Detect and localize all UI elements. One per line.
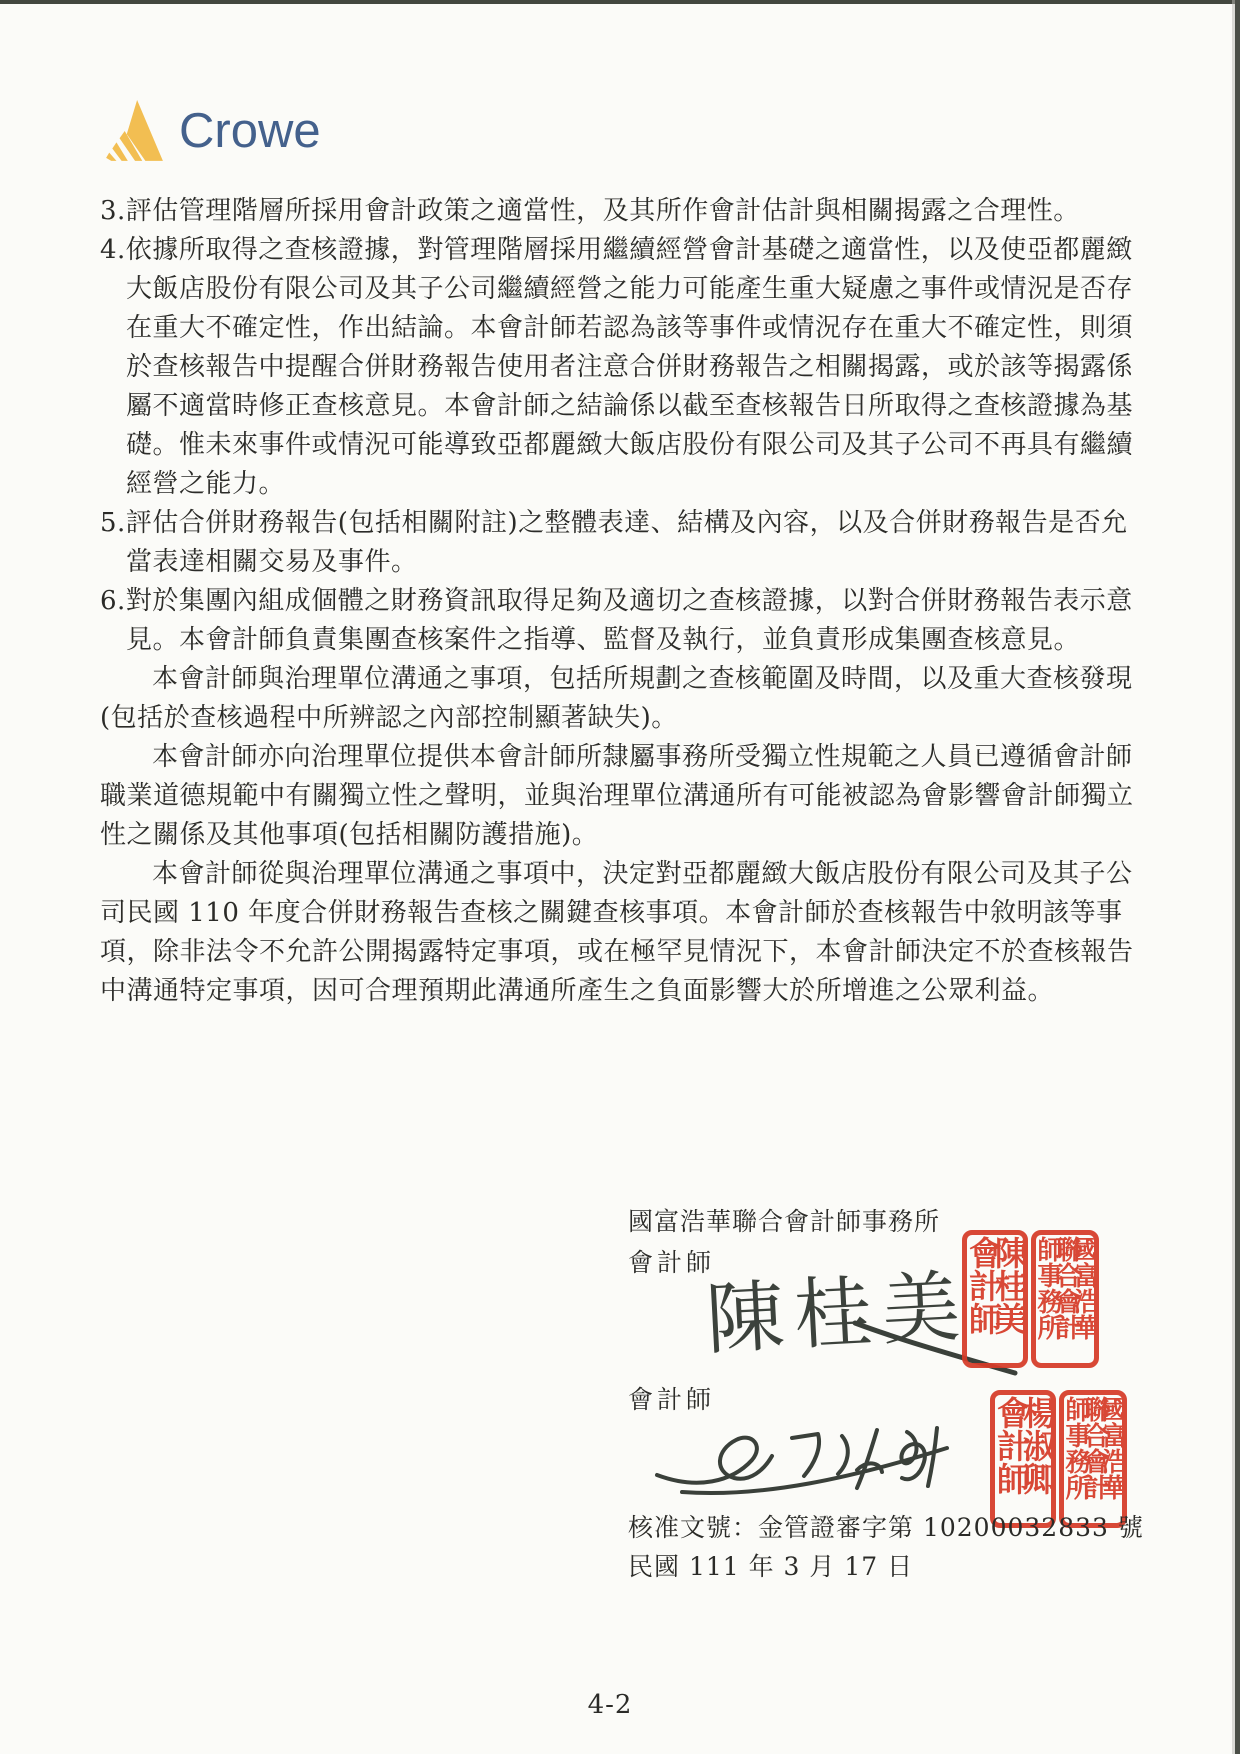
accountant-label-2: 會計師 xyxy=(628,1380,715,1416)
body-line: 於查核報告中提醒合併財務報告使用者注意合併財務報告之相關揭露，或於該等揭露係 xyxy=(100,348,1158,387)
scan-edge-top xyxy=(0,0,1240,4)
seal-cluster-1: 陳桂美會計師 國富浩華聯合會計師事務所 xyxy=(962,1230,1099,1368)
signature-2-scrawl xyxy=(652,1420,952,1500)
body-line: 在重大不確定性，作出結論。本會計師若認為該等事件或情況存在重大不確定性，則須 xyxy=(100,309,1158,348)
body-line: 大飯店股份有限公司及其子公司繼續經營之能力可能產生重大疑慮之事件或情況是否存 xyxy=(100,270,1158,309)
page-number: 4-2 xyxy=(540,1690,680,1720)
crowe-wordmark: Crowe xyxy=(179,101,321,161)
scan-edge-right xyxy=(1235,0,1240,1754)
body-line: 本會計師與治理單位溝通之事項，包括所規劃之查核範圍及時間，以及重大查核發現 xyxy=(100,660,1158,699)
body-line: 經營之能力。 xyxy=(100,465,1158,504)
body-line: 本會計師從與治理單位溝通之事項中，決定對亞都麗緻大飯店股份有限公司及其子公 xyxy=(100,855,1158,894)
seal-1-name: 陳桂美會計師 xyxy=(962,1230,1028,1368)
body-line: 中溝通特定事項，因可合理預期此溝通所產生之負面影響大於所增進之公眾利益。 xyxy=(100,972,1158,1011)
body-line: 職業道德規範中有關獨立性之聲明，並與治理單位溝通所有可能被認為會影響會計師獨立 xyxy=(100,777,1158,816)
body-line: 項，除非法令不允許公開揭露特定事項，或在極罕見情況下，本會計師決定不於查核報告 xyxy=(100,933,1158,972)
approval-number: 核准文號：金管證審字第 10200032833 號 xyxy=(628,1508,1144,1544)
body-line: 5.評估合併財務報告(包括相關附註)之整體表達、結構及內容，以及合併財務報告是否… xyxy=(100,504,1158,543)
body-line: 本會計師亦向治理單位提供本會計師所隸屬事務所受獨立性規範之人員已遵循會計師 xyxy=(100,738,1158,777)
body-line: 6.對於集團內組成個體之財務資訊取得足夠及適切之查核證據，以對合併財務報告表示意 xyxy=(100,582,1158,621)
body-line: 性之關係及其他事項(包括相關防護措施)。 xyxy=(100,816,1158,855)
body-line: 見。本會計師負責集團查核案件之指導、監督及執行，並負責形成集團查核意見。 xyxy=(100,621,1158,660)
body-line: 4.依據所取得之查核證據，對管理階層採用繼續經營會計基礎之適當性，以及使亞都麗緻 xyxy=(100,231,1158,270)
crowe-peak-icon xyxy=(103,99,165,163)
crowe-logo: Crowe xyxy=(103,99,321,163)
body-line: (包括於查核過程中所辨認之內部控制顯著缺失)。 xyxy=(100,699,1158,738)
seal-1-firm: 國富浩華聯合會計師事務所 xyxy=(1031,1230,1099,1368)
report-date: 民國 111 年 3 月 17 日 xyxy=(628,1547,913,1583)
audit-report-page: Crowe 3.評估管理階層所採用會計政策之適當性，及其所作會計估計與相關揭露之… xyxy=(0,0,1240,1754)
body-line: 司民國 110 年度合併財務報告查核之關鍵查核事項。本會計師於查核報告中敘明該等… xyxy=(100,894,1158,933)
body-text: 3.評估管理階層所採用會計政策之適當性，及其所作會計估計與相關揭露之合理性。4.… xyxy=(100,192,1158,1011)
body-line: 當表達相關交易及事件。 xyxy=(100,543,1158,582)
body-line: 礎。惟未來事件或情況可能導致亞都麗緻大飯店股份有限公司及其子公司不再具有繼續 xyxy=(100,426,1158,465)
firm-name: 國富浩華聯合會計師事務所 xyxy=(628,1202,940,1238)
accountant-label-1: 會計師 xyxy=(628,1243,715,1279)
body-line: 3.評估管理階層所採用會計政策之適當性，及其所作會計估計與相關揭露之合理性。 xyxy=(100,192,1158,231)
body-line: 屬不適當時修正查核意見。本會計師之結論係以截至查核報告日所取得之查核證據為基 xyxy=(100,387,1158,426)
